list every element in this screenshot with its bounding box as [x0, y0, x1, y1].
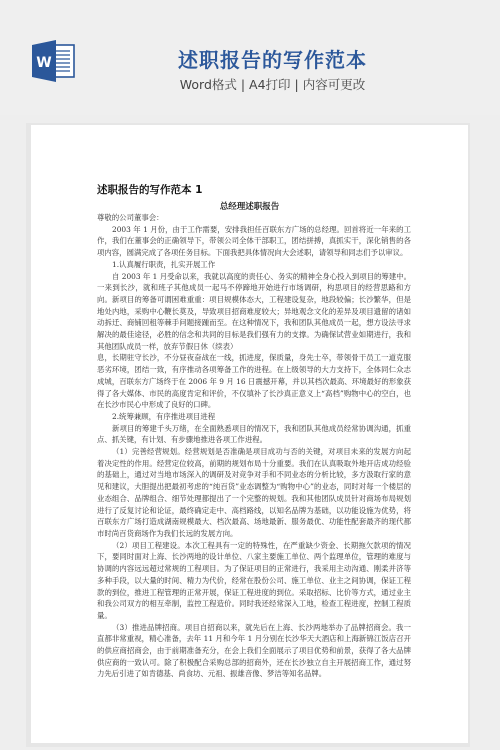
svg-text:W: W [36, 55, 51, 71]
document-title: 述职报告的写作范本 1 [97, 182, 202, 197]
paragraph: 2003 年 1 月份，由于工作需要，安排我担任百联东方广场的总经理。回首将近一… [97, 224, 411, 259]
header-banner: W 述职报告的写作范本 Word格式 | A4打印 | 内容可更改 [0, 0, 500, 115]
paragraph: 新项目的筹建千头万绪，在全面熟悉项目的情况下，我和团队其他成员经常协调沟通，抓重… [97, 423, 411, 446]
word-document-icon: W [31, 40, 77, 82]
paragraph: 自 2003 年 1 月受命以来，我就以高度的责任心、务实的精神全身心投入到项目… [97, 271, 411, 353]
banner-title: 述职报告的写作范本 [150, 44, 395, 73]
paragraph: （2）项目工程建设。本次工程具有一定的特殊性，在严重缺少资金、长期拖欠款项的情况… [97, 540, 411, 622]
paragraph: （1）完善经营规划。经营规划是否准确是项目成功与否的关键，对项目未来的发展方向起… [97, 446, 411, 540]
paragraph: （3）推进品牌招商。项目自招商以来，就先后在上海、长沙两地举办了品牌招商会。我一… [97, 622, 411, 681]
section-heading: 1.认真履行职责，扎实开展工作 [97, 259, 411, 271]
banner-subtitle: Word格式 | A4打印 | 内容可更改 [150, 75, 395, 93]
document-page: 述职报告的写作范本 1 总经理述职报告 尊敬的公司董事会： 2003 年 1 月… [31, 125, 468, 743]
document-subtitle: 总经理述职报告 [31, 200, 468, 212]
section-heading: 2.统筹兼顾，有序推进项目进程 [97, 411, 411, 423]
paragraph-salutation: 尊敬的公司董事会： [97, 212, 411, 224]
paragraph: 息，长期驻守长沙，不分昼夜奋战在一线，抓进度，保质量，身先士卒，带领骨干员工一道… [97, 352, 411, 411]
document-body: 尊敬的公司董事会： 2003 年 1 月份，由于工作需要，安排我担任百联东方广场… [97, 212, 411, 680]
